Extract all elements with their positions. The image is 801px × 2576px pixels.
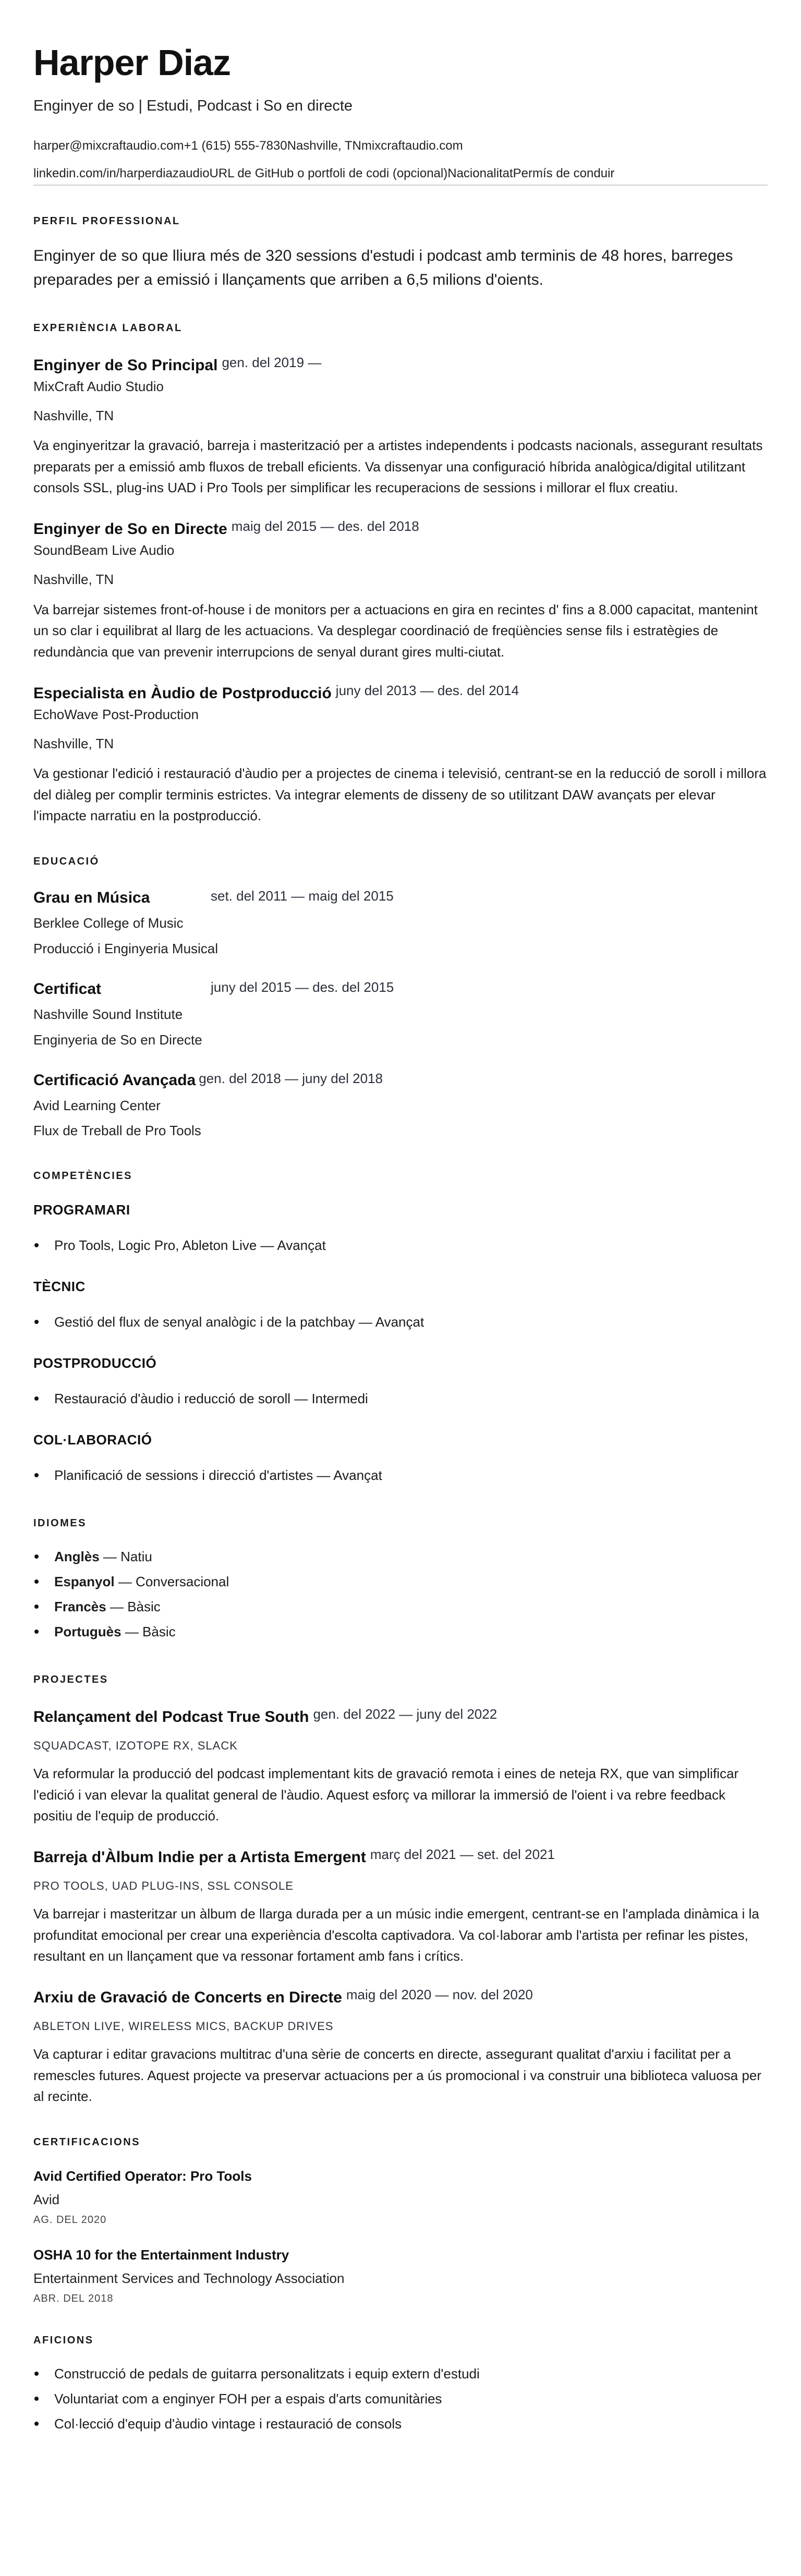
job-description: Va gestionar l'edició i restauració d'àu… xyxy=(33,763,768,826)
education-dates: juny del 2015 — des. del 2015 xyxy=(211,979,394,995)
certification-date: abr. del 2018 xyxy=(33,2293,768,2305)
skill-category: Programari xyxy=(33,1202,768,1218)
project-tech: Pro Tools, UAD Plug-ins, SSL Console xyxy=(33,1879,768,1893)
section-projects: Projectes Relançament del Podcast True S… xyxy=(33,1674,768,2107)
education-dates: set. del 2011 — maig del 2015 xyxy=(211,888,394,904)
email-link[interactable]: harper@mixcraftaudio.com xyxy=(33,139,184,153)
project-tech: Squadcast, iZotope RX, Slack xyxy=(33,1739,768,1753)
website-link[interactable]: mixcraftaudio.com xyxy=(361,139,463,153)
linkedin-link[interactable]: linkedin.com/in/harperdiazaudio xyxy=(33,166,210,180)
project-dates: març del 2021 — set. del 2021 xyxy=(370,1846,555,1863)
project-entry: Barreja d'Àlbum Indie per a Artista Emer… xyxy=(33,1848,768,1966)
experience-entry: Enginyer de So Principal gen. del 2019 —… xyxy=(33,356,768,498)
job-title: Enginyer de So Principal xyxy=(33,356,217,375)
summary-text: Enginyer de so que lliura més de 320 ses… xyxy=(33,244,768,293)
contact-row-primary: harper@mixcraftaudio.com+1 (615) 555-783… xyxy=(33,139,768,154)
hobby-item: Col·lecció d'equip d'àudio vintage i res… xyxy=(33,2411,768,2436)
hobby-list: Construcció de pedals de guitarra person… xyxy=(33,2361,768,2436)
language-list: Anglès — Natiu Espanyol — Conversacional… xyxy=(33,1544,768,1644)
project-dates: maig del 2020 — nov. del 2020 xyxy=(346,1987,533,2003)
hobby-item: Construcció de pedals de guitarra person… xyxy=(33,2361,768,2386)
school-name: Berklee College of Music xyxy=(33,914,768,932)
degree-title: Certificació Avançada xyxy=(33,1071,196,1090)
language-item: Portuguès — Bàsic xyxy=(33,1619,768,1644)
skill-category: Tècnic xyxy=(33,1279,768,1295)
skill-group: Col·laboració Planificació de sessions i… xyxy=(33,1432,768,1488)
resume-header: Harper Diaz Enginyer de so | Estudi, Pod… xyxy=(33,44,768,186)
certification-entry: OSHA 10 for the Entertainment Industry E… xyxy=(33,2247,768,2305)
section-title: Educació xyxy=(33,856,768,867)
language-item: Anglès — Natiu xyxy=(33,1544,768,1569)
candidate-name: Harper Diaz xyxy=(33,44,768,82)
contact-row-secondary: linkedin.com/in/harperdiazaudioURL de Gi… xyxy=(33,166,768,186)
drivers-license-text: Permís de conduir xyxy=(513,166,615,180)
skill-group: Programari Pro Tools, Logic Pro, Ableton… xyxy=(33,1202,768,1258)
degree-title: Grau en Música xyxy=(33,889,211,907)
skill-category: Postproducció xyxy=(33,1355,768,1371)
github-placeholder: URL de GitHub o portfoli de codi (opcion… xyxy=(210,166,448,180)
education-entry: Certificat juny del 2015 — des. del 2015… xyxy=(33,980,768,1049)
certification-name: OSHA 10 for the Entertainment Industry xyxy=(33,2247,768,2263)
project-description: Va barrejar i masteritzar un àlbum de ll… xyxy=(33,1903,768,1966)
project-dates: gen. del 2022 — juny del 2022 xyxy=(313,1706,497,1722)
skill-item: Gestió del flux de senyal analògic i de … xyxy=(33,1309,768,1334)
skill-group: Tècnic Gestió del flux de senyal analògi… xyxy=(33,1279,768,1334)
education-dates: gen. del 2018 — juny del 2018 xyxy=(199,1071,383,1087)
job-location: Nashville, TN xyxy=(33,735,768,753)
certification-name: Avid Certified Operator: Pro Tools xyxy=(33,2168,768,2184)
section-summary: Perfil professional Enginyer de so que l… xyxy=(33,216,768,293)
section-title: Aficions xyxy=(33,2335,768,2346)
certification-issuer: Entertainment Services and Technology As… xyxy=(33,2270,768,2287)
section-skills: Competències Programari Pro Tools, Logic… xyxy=(33,1171,768,1488)
project-description: Va capturar i editar gravacions multitra… xyxy=(33,2044,768,2107)
resume-page: Harper Diaz Enginyer de so | Estudi, Pod… xyxy=(0,0,801,2468)
section-education: Educació Grau en Música set. del 2011 — … xyxy=(33,856,768,1140)
field-of-study: Enginyeria de So en Directe xyxy=(33,1030,768,1049)
section-experience: Experiència laboral Enginyer de So Princ… xyxy=(33,323,768,826)
education-entry: Grau en Música set. del 2011 — maig del … xyxy=(33,889,768,958)
field-of-study: Flux de Treball de Pro Tools xyxy=(33,1121,768,1140)
project-tech: Ableton Live, Wireless Mics, Backup Driv… xyxy=(33,2020,768,2033)
job-location: Nashville, TN xyxy=(33,407,768,425)
degree-title: Certificat xyxy=(33,980,211,999)
hobby-item: Voluntariat com a enginyer FOH per a esp… xyxy=(33,2386,768,2411)
job-title: Especialista en Àudio de Postproducció xyxy=(33,684,332,703)
skill-group: Postproducció Restauració d'àudio i redu… xyxy=(33,1355,768,1411)
skill-item: Restauració d'àudio i reducció de soroll… xyxy=(33,1386,768,1411)
job-description: Va enginyeritzar la gravació, barreja i … xyxy=(33,435,768,498)
project-name: Arxiu de Gravació de Concerts en Directe xyxy=(33,1988,342,2007)
project-description: Va reformular la producció del podcast i… xyxy=(33,1763,768,1826)
company-name: SoundBeam Live Audio xyxy=(33,542,768,560)
certification-entry: Avid Certified Operator: Pro Tools Avid … xyxy=(33,2168,768,2226)
field-of-study: Producció i Enginyeria Musical xyxy=(33,939,768,958)
job-dates: gen. del 2019 — xyxy=(222,355,321,371)
section-hobbies: Aficions Construcció de pedals de guitar… xyxy=(33,2335,768,2436)
experience-entry: Especialista en Àudio de Postproducció j… xyxy=(33,684,768,826)
job-dates: juny del 2013 — des. del 2014 xyxy=(336,683,519,699)
language-item: Francès — Bàsic xyxy=(33,1594,768,1619)
job-title: Enginyer de So en Directe xyxy=(33,520,227,539)
project-entry: Arxiu de Gravació de Concerts en Directe… xyxy=(33,1988,768,2107)
company-name: EchoWave Post-Production xyxy=(33,706,768,724)
project-name: Relançament del Podcast True South xyxy=(33,1708,309,1727)
section-title: Projectes xyxy=(33,1674,768,1685)
job-location: Nashville, TN xyxy=(33,571,768,589)
section-certifications: Certificacions Avid Certified Operator: … xyxy=(33,2137,768,2305)
skill-category: Col·laboració xyxy=(33,1432,768,1448)
school-name: Nashville Sound Institute xyxy=(33,1005,768,1024)
project-entry: Relançament del Podcast True South gen. … xyxy=(33,1708,768,1826)
nationality-text: Nacionalitat xyxy=(447,166,513,180)
section-title: Experiència laboral xyxy=(33,323,768,333)
experience-entry: Enginyer de So en Directe maig del 2015 … xyxy=(33,520,768,662)
section-title: Certificacions xyxy=(33,2137,768,2147)
language-item: Espanyol — Conversacional xyxy=(33,1569,768,1594)
section-languages: Idiomes Anglès — Natiu Espanyol — Conver… xyxy=(33,1518,768,1644)
certification-issuer: Avid xyxy=(33,2192,768,2208)
section-title: Competències xyxy=(33,1171,768,1181)
skill-item: Planificació de sessions i direcció d'ar… xyxy=(33,1463,768,1488)
company-name: MixCraft Audio Studio xyxy=(33,378,768,396)
job-description: Va barrejar sistemes front-of-house i de… xyxy=(33,599,768,662)
school-name: Avid Learning Center xyxy=(33,1096,768,1115)
section-title: Perfil professional xyxy=(33,216,768,226)
skill-item: Pro Tools, Logic Pro, Ableton Live — Ava… xyxy=(33,1233,768,1258)
certification-date: ag. del 2020 xyxy=(33,2214,768,2226)
education-entry: Certificació Avançada gen. del 2018 — ju… xyxy=(33,1071,768,1140)
location-text: Nashville, TN xyxy=(287,139,361,153)
job-dates: maig del 2015 — des. del 2018 xyxy=(232,518,419,534)
candidate-headline: Enginyer de so | Estudi, Podcast i So en… xyxy=(33,97,768,115)
project-name: Barreja d'Àlbum Indie per a Artista Emer… xyxy=(33,1848,366,1867)
phone-link[interactable]: +1 (615) 555-7830 xyxy=(184,139,287,153)
section-title: Idiomes xyxy=(33,1518,768,1528)
